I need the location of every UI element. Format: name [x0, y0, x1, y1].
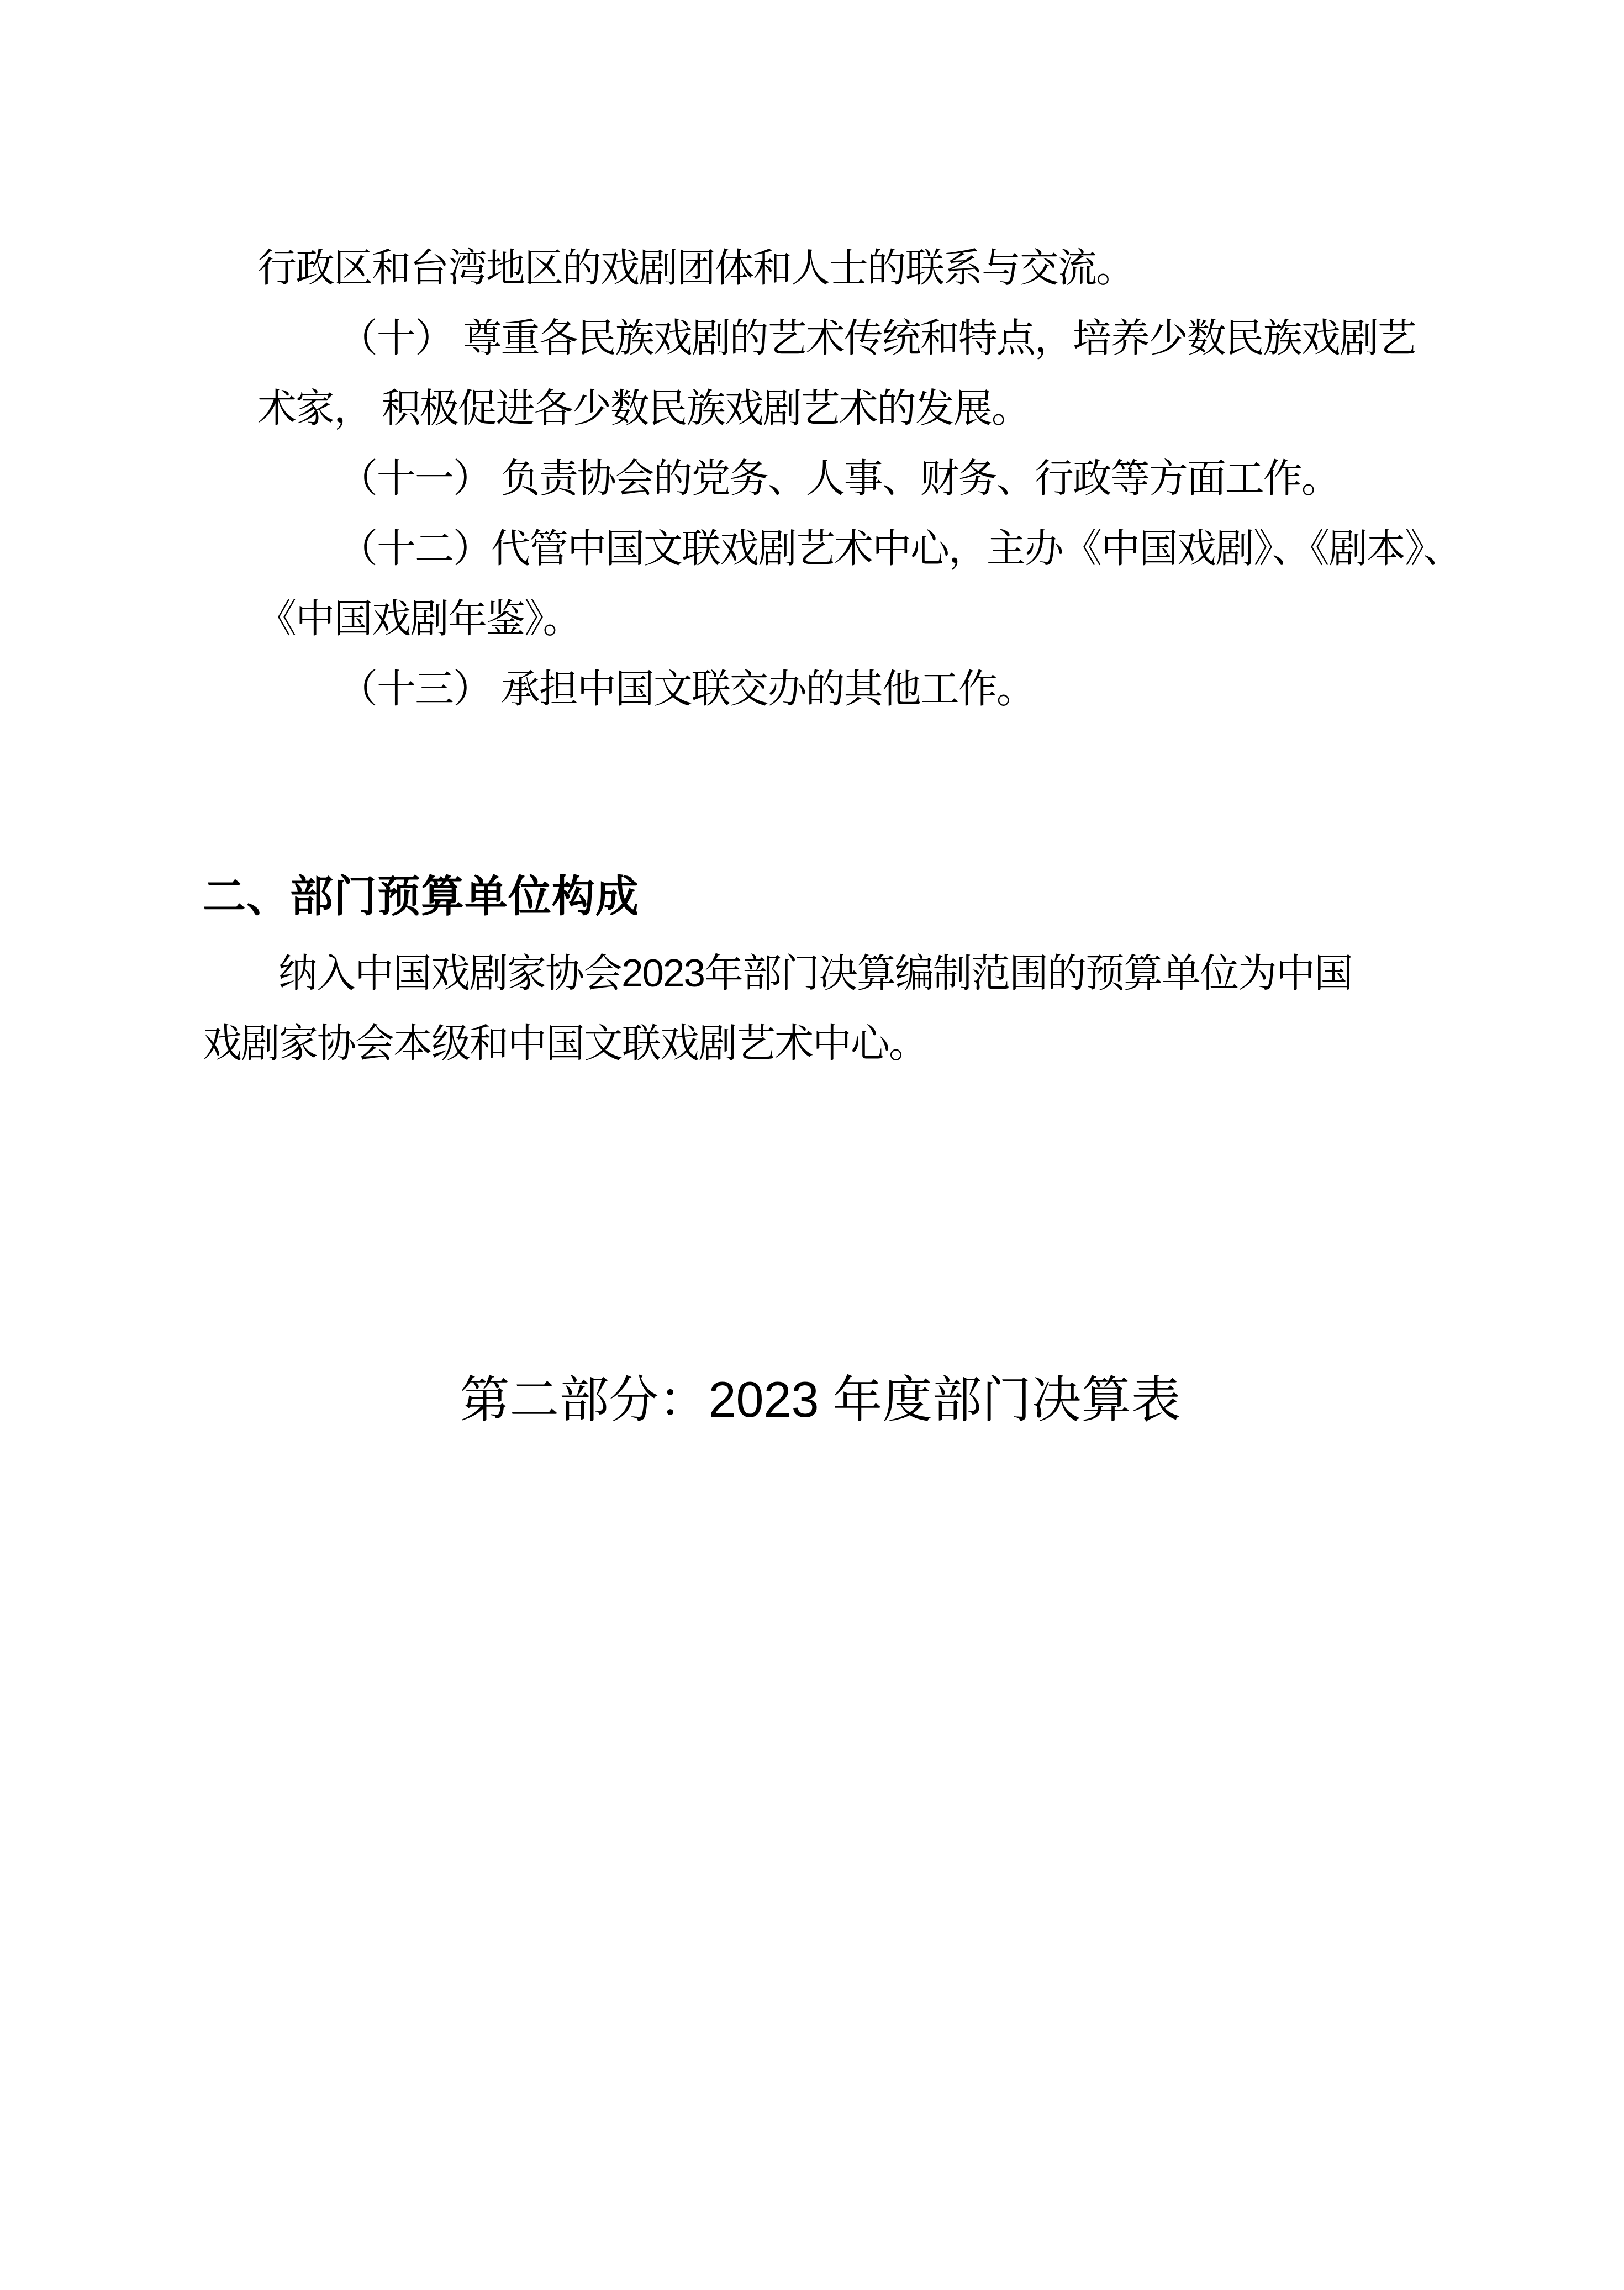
part-title: 第二部分：2023 年度部门决算表	[0, 1375, 1624, 1425]
body-line-7: （十三） 承担中国文联交办的其他工作。	[339, 669, 1035, 709]
section-paragraph-line-2: 戏剧家协会本级和中国文联戏剧艺术中心。	[203, 1024, 927, 1063]
body-line-2: （十） 尊重各民族戏剧的艺术传统和特点，培养少数民族戏剧艺	[339, 319, 1416, 358]
body-line-1: 行政区和台湾地区的戏剧团体和人士的联系与交流。	[257, 249, 1134, 288]
section-paragraph-line-1: 纳入中国戏剧家协会2023年部门决算编制范围的预算单位为中国	[278, 954, 1352, 993]
section-heading: 二、部门预算单位构成	[203, 875, 639, 918]
document-page: 行政区和台湾地区的戏剧团体和人士的联系与交流。 （十） 尊重各民族戏剧的艺术传统…	[0, 0, 1624, 2290]
body-line-4: （十一） 负责协会的党务、人事、财务、行政等方面工作。	[339, 459, 1340, 498]
body-line-6: 《中国戏剧年鉴》。	[257, 599, 581, 639]
body-line-5: （十二）代管中国文联戏剧艺术中心，主办《中国戏剧》、《剧本》、	[339, 529, 1462, 568]
body-line-3: 术家， 积极促进各少数民族戏剧艺术的发展。	[257, 389, 1030, 428]
